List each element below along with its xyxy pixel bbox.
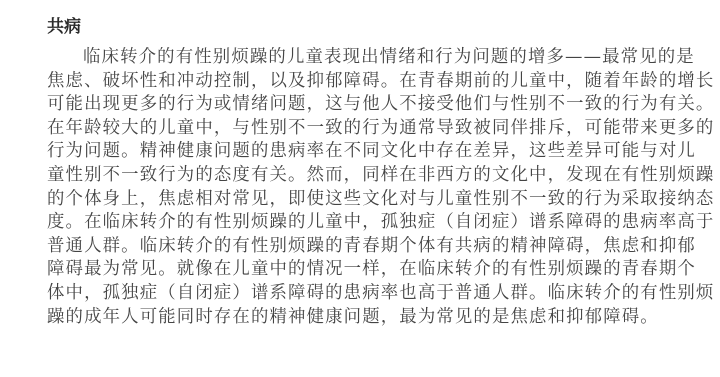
text-line: 童性别不一致行为的态度有关。然而，同样在非西方的文化中，发现在有性别烦躁 — [47, 164, 677, 188]
document-page: 共病 临床转介的有性别烦躁的儿童表现出情绪和行为问题的增多——最常见的是 焦虑、… — [47, 14, 677, 329]
text-line: 行为问题。精神健康问题的患病率在不同文化中存在差异，这些差异可能与对儿 — [47, 140, 677, 164]
text-line: 障碍最为常见。就像在儿童中的情况一样，在临床转介的有性别烦躁的青春期个 — [47, 258, 677, 282]
text-line: 度。在临床转介的有性别烦躁的儿童中，孤独症（自闭症）谱系障碍的患病率高于 — [47, 211, 677, 235]
body-paragraph: 临床转介的有性别烦躁的儿童表现出情绪和行为问题的增多——最常见的是 焦虑、破坏性… — [47, 46, 677, 329]
text-line: 体中，孤独症（自闭症）谱系障碍的患病率也高于普通人群。临床转介的有性别烦 — [47, 282, 677, 306]
text-line: 普通人群。临床转介的有性别烦躁的青春期个体有共病的精神障碍，焦虑和抑郁 — [47, 235, 677, 259]
text-line: 在年龄较大的儿童中，与性别不一致的行为通常导致被同伴排斥，可能带来更多的 — [47, 117, 677, 141]
section-title: 共病 — [47, 14, 677, 40]
text-line: 可能出现更多的行为或情绪问题，这与他人不接受他们与性别不一致的行为有关。 — [47, 93, 677, 117]
text-line: 躁的成年人可能同时存在的精神健康问题，最为常见的是焦虑和抑郁障碍。 — [47, 306, 677, 330]
text-line: 临床转介的有性别烦躁的儿童表现出情绪和行为问题的增多——最常见的是 — [47, 46, 677, 70]
text-line: 的个体身上，焦虑相对常见，即使这些文化对与儿童性别不一致的行为采取接纳态 — [47, 188, 677, 212]
text-line: 焦虑、破坏性和冲动控制，以及抑郁障碍。在青春期前的儿童中，随着年龄的增长 — [47, 70, 677, 94]
